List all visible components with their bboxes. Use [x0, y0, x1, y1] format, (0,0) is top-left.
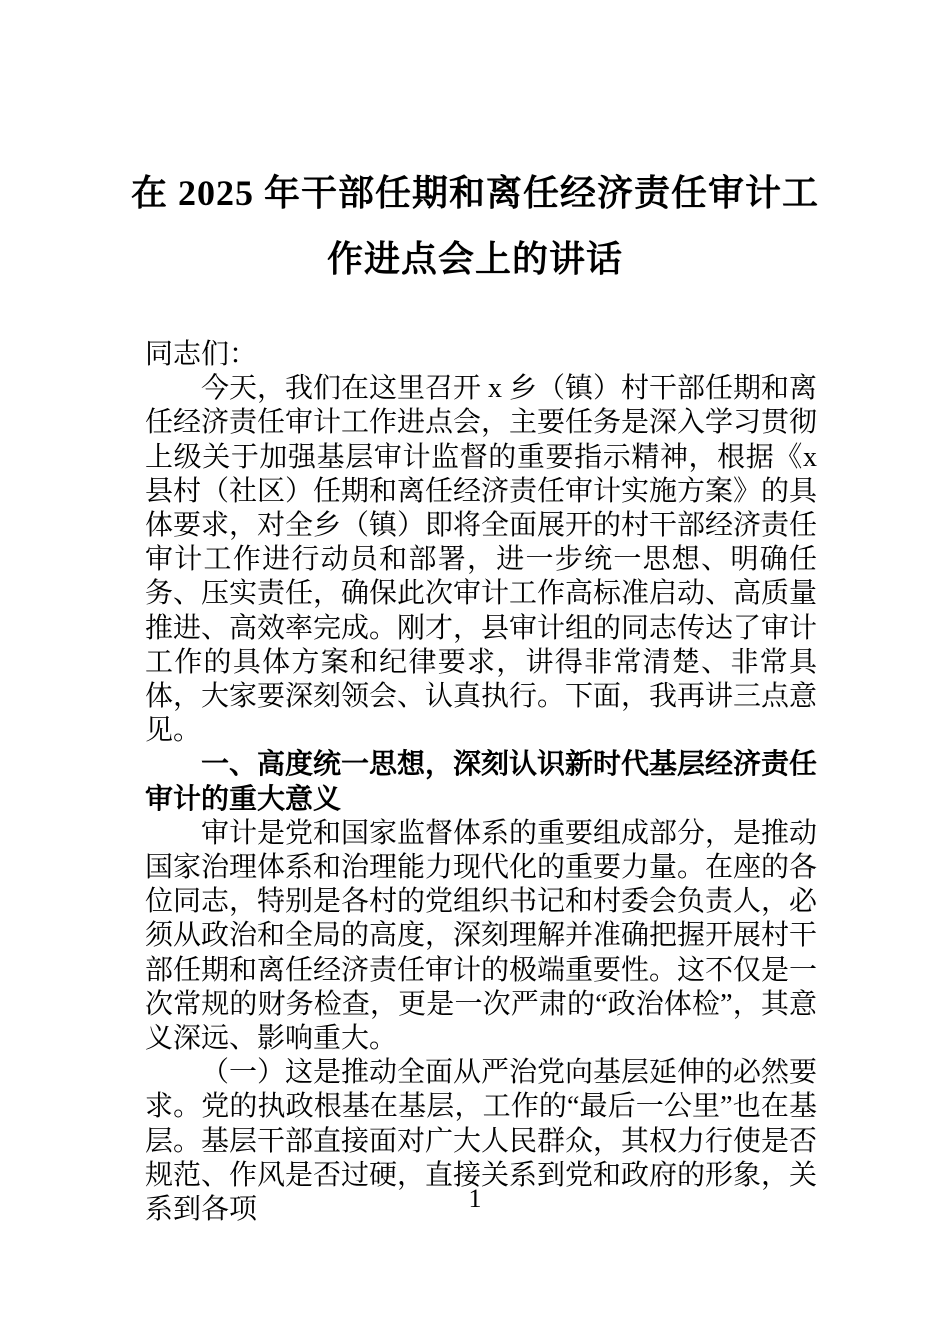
title-line-1: 在 2025 年干部任期和离任经济责任审计工 [0, 160, 950, 226]
body-paragraph: 今天，我们在这里召开 x 乡（镇）村干部任期和离任经济责任审计工作进点会，主要任… [145, 372, 817, 748]
document-body: 同志们：今天，我们在这里召开 x 乡（镇）村干部任期和离任经济责任审计工作进点会… [145, 338, 817, 1227]
page-number: 1 [0, 1182, 950, 1216]
body-paragraph: 审计是党和国家监督体系的重要组成部分，是推动国家治理体系和治理能力现代化的重要力… [145, 817, 817, 1056]
document-page: 在 2025 年干部任期和离任经济责任审计工 作进点会上的讲话 同志们：今天，我… [0, 0, 950, 1344]
section-heading: 一、高度统一思想，深刻认识新时代基层经济责任审计的重大意义 [145, 748, 817, 816]
document-title: 在 2025 年干部任期和离任经济责任审计工 作进点会上的讲话 [0, 160, 950, 292]
salutation: 同志们： [145, 338, 817, 372]
title-line-2: 作进点会上的讲话 [0, 226, 950, 292]
